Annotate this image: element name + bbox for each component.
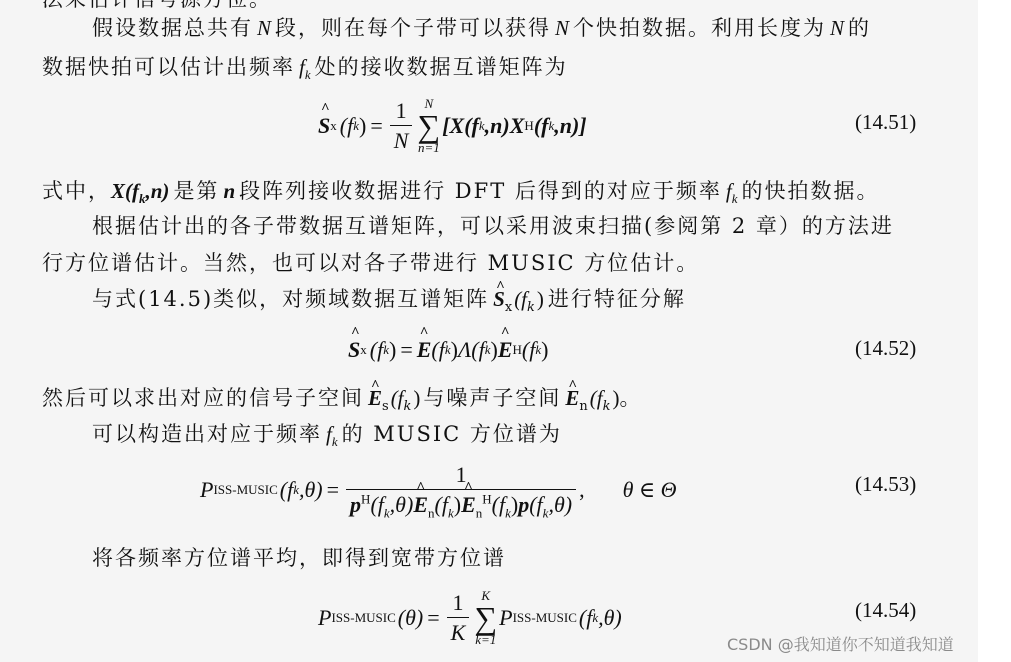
text: 进行特征分解: [548, 287, 686, 311]
text: 个快拍数据。利用长度为: [573, 16, 826, 40]
math-fk: fk: [299, 55, 311, 79]
text: 处的接收数据互谱矩阵为: [315, 55, 568, 79]
paragraph-eigen: 与式(14.5)类似，对频域数据互谱矩阵Sx(fk)进行特征分解: [92, 286, 686, 312]
summation: N∑n=1: [417, 97, 440, 155]
fraction: 1 pH(fk,θ)En(fk)EnH(fk)p(fk,θ): [346, 462, 576, 518]
math-fk: fk: [326, 422, 338, 446]
summation: K∑k=1: [474, 589, 497, 647]
equation-number: (14.51): [855, 110, 916, 135]
text: 数据快拍可以估计出频率: [42, 55, 295, 79]
equation-14-53: PISS-MUSIC (fk,θ) = 1 pH(fk,θ)En(fk)EnH(…: [200, 455, 677, 525]
equation-number: (14.54): [855, 598, 916, 623]
text: 的快拍数据。: [742, 179, 880, 203]
paragraph-music: 可以构造出对应于频率fk的 MUSIC 方位谱为: [92, 421, 562, 447]
paragraph-subspaces: 然后可以求出对应的信号子空间Es(fk)与噪声子空间En(fk)。: [42, 385, 643, 411]
equation-number: (14.52): [855, 336, 916, 361]
fraction: 1K: [447, 590, 470, 646]
text: 与式(14.5)类似，对频域数据互谱矩阵: [92, 287, 489, 311]
equation-number: (14.53): [855, 472, 916, 497]
math-N: N: [830, 16, 844, 40]
text: 可以构造出对应于频率: [92, 422, 322, 446]
math-n: n: [223, 179, 235, 203]
csdn-watermark: CSDN @我知道你不知道我知道: [727, 632, 954, 655]
math-Es-hat: E: [368, 385, 382, 411]
paragraph-snapshots: 假设数据总共有N段，则在每个子带可以获得N个快拍数据。利用长度为N的: [92, 15, 871, 41]
text: 然后可以求出对应的信号子空间: [42, 386, 364, 410]
text: 段阵列接收数据进行 DFT 后得到的对应于频率: [239, 179, 722, 203]
text: 是第: [173, 179, 219, 203]
paragraph-average: 将各频率方位谱平均，即得到宽带方位谱: [92, 545, 506, 571]
fraction: 1N: [390, 98, 413, 154]
text: 的 MUSIC 方位谱为: [342, 422, 562, 446]
paragraph-beamscan: 根据估计出的各子带数据互谱矩阵，可以采用波束扫描(参阅第 2 章）的方法进: [92, 213, 894, 239]
paragraph-snapshots-cont: 数据快拍可以估计出频率fk处的接收数据互谱矩阵为: [42, 54, 568, 80]
paragraph-beamscan-cont: 行方位谱估计。当然，也可以对各子带进行 MUSIC 方位估计。: [42, 250, 699, 276]
text: 式中，: [42, 179, 111, 203]
math-N: N: [257, 16, 271, 40]
math-N: N: [555, 16, 569, 40]
math-X: X(fk,n): [111, 179, 169, 203]
text: 法来估计信号源方位。: [42, 0, 272, 11]
document-page: 法来估计信号源方位。 假设数据总共有N段，则在每个子带可以获得N个快拍数据。利用…: [0, 0, 978, 662]
math-S-hat: S: [493, 286, 505, 312]
text: 与噪声子空间: [423, 386, 561, 410]
text: 段，则在每个子带可以获得: [275, 16, 551, 40]
equation-14-54: PISS-MUSIC (θ) = 1K K∑k=1 PISS-MUSIC(fk,…: [318, 578, 622, 658]
paragraph-where: 式中，X(fk,n)是第n段阵列接收数据进行 DFT 后得到的对应于频率fk的快…: [42, 178, 880, 204]
text: 假设数据总共有: [92, 16, 253, 40]
text: 。: [620, 386, 643, 410]
text: 将各频率方位谱平均，即得到宽带方位谱: [92, 546, 506, 570]
text-line-cut: 法来估计信号源方位。: [42, 0, 272, 12]
math-S-hat: S: [318, 113, 330, 139]
equation-14-51: Sx (fk) = 1N N∑n=1 [X(fk,n)XH(fk,n)]: [318, 86, 587, 166]
text: 根据估计出的各子带数据互谱矩阵，可以采用波束扫描(参阅第 2 章）的方法进: [92, 214, 894, 238]
text: 的: [848, 16, 871, 40]
text: 行方位谱估计。当然，也可以对各子带进行 MUSIC 方位估计。: [42, 251, 699, 275]
equation-14-52: Sx (fk) = E(fk) Λ(fk) EH(fk): [348, 330, 548, 370]
math-En-hat: E: [565, 385, 579, 411]
math-fk: fk: [726, 179, 738, 203]
